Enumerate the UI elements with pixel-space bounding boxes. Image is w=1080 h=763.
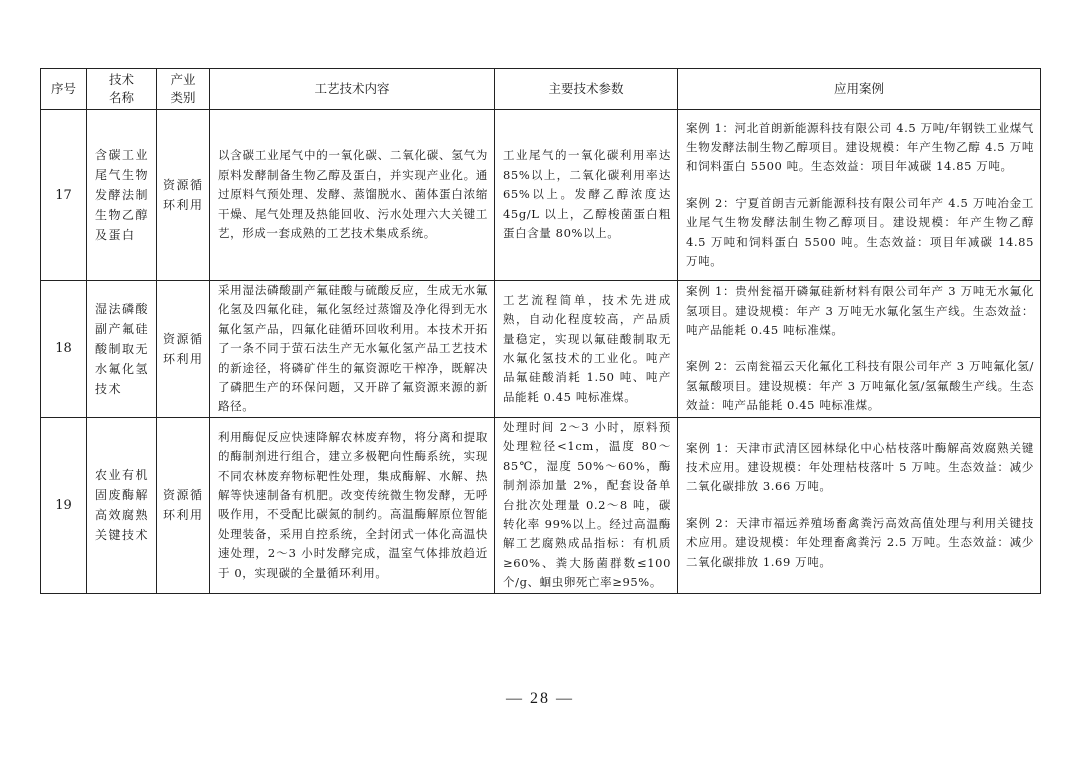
page-number: — 28 — [0, 690, 1080, 708]
case-2-text: 案例 2：宁夏首朗吉元新能源科技有限公司年产 4.5 万吨冶金工业尾气生物发酵法… [686, 194, 1034, 272]
process-content-cell: 利用酶促反应快速降解农林废弃物，将分离和提取的酶制剂进行组合，建立多极靶向性酶系… [210, 417, 495, 593]
technology-name-cell: 湿法磷酸副产氟硅酸制取无水氟化氢技术 [87, 281, 157, 418]
technical-parameters-cell: 工业尾气的一氧化碳利用率达 85%以上，二氧化碳利用率达 65%以上。发酵乙醇浓… [495, 110, 678, 281]
header-process-content: 工艺技术内容 [210, 69, 495, 110]
serial-number-cell: 17 [41, 110, 87, 281]
technology-name-cell: 含碳工业尾气生物发酵法制生物乙醇及蛋白 [87, 110, 157, 281]
case-1-text: 案例 1：天津市武清区园林绿化中心枯枝落叶酶解高效腐熟关键技术应用。建设规模：年… [686, 439, 1034, 497]
process-content-cell: 以含碳工业尾气中的一氧化碳、二氧化碳、氢气为原料发酵制备生物乙醇及蛋白，并实现产… [210, 110, 495, 281]
table-row: 19 农业有机固废酶解高效腐熟关键技术 资源循环利用 利用酶促反应快速降解农林废… [41, 417, 1041, 593]
header-serial-number: 序号 [41, 69, 87, 110]
header-application-cases: 应用案例 [678, 69, 1041, 110]
table-row: 17 含碳工业尾气生物发酵法制生物乙醇及蛋白 资源循环利用 以含碳工业尾气中的一… [41, 110, 1041, 281]
industry-category-cell: 资源循环利用 [157, 417, 210, 593]
case-2-text: 案例 2：云南瓮福云天化氟化工科技有限公司年产 3 万吨氟化氢/氢氟酸项目。建设… [686, 357, 1034, 415]
header-technology-name: 技术名称 [87, 69, 157, 110]
application-cases-cell: 案例 1：天津市武清区园林绿化中心枯枝落叶酶解高效腐熟关键技术应用。建设规模：年… [678, 417, 1041, 593]
technology-name-cell: 农业有机固废酶解高效腐熟关键技术 [87, 417, 157, 593]
industry-category-cell: 资源循环利用 [157, 110, 210, 281]
case-1-text: 案例 1：河北首朗新能源科技有限公司 4.5 万吨/年钢铁工业煤气生物发酵法制生… [686, 119, 1034, 177]
serial-number-cell: 19 [41, 417, 87, 593]
technical-parameters-cell: 工艺流程简单，技术先进成熟，自动化程度较高，产品质量稳定，实现以氟硅酸制取无水氟… [495, 281, 678, 418]
application-cases-cell: 案例 1：河北首朗新能源科技有限公司 4.5 万吨/年钢铁工业煤气生物发酵法制生… [678, 110, 1041, 281]
case-2-text: 案例 2：天津市福远养殖场畜禽粪污高效高值处理与利用关键技术应用。建设规模：年处… [686, 514, 1034, 572]
process-content-cell: 采用湿法磷酸副产氟硅酸与硫酸反应，生成无水氟化氢及四氟化硅，氟化氢经过蒸馏及净化… [210, 281, 495, 418]
industry-category-cell: 资源循环利用 [157, 281, 210, 418]
table-row: 18 湿法磷酸副产氟硅酸制取无水氟化氢技术 资源循环利用 采用湿法磷酸副产氟硅酸… [41, 281, 1041, 418]
case-1-text: 案例 1：贵州瓮福开磷氟硅新材料有限公司年产 3 万吨无水氟化氢项目。建设规模：… [686, 282, 1034, 340]
technical-parameters-cell: 处理时间 2～3 小时，原料预处理粒径<1cm，温度 80～85℃，湿度 50%… [495, 417, 678, 593]
header-technical-parameters: 主要技术参数 [495, 69, 678, 110]
table-header-row: 序号 技术名称 产业类别 工艺技术内容 主要技术参数 应用案例 [41, 69, 1041, 110]
technology-table: 序号 技术名称 产业类别 工艺技术内容 主要技术参数 应用案例 17 含碳工业尾… [40, 68, 1041, 594]
serial-number-cell: 18 [41, 281, 87, 418]
application-cases-cell: 案例 1：贵州瓮福开磷氟硅新材料有限公司年产 3 万吨无水氟化氢项目。建设规模：… [678, 281, 1041, 418]
header-industry-category: 产业类别 [157, 69, 210, 110]
